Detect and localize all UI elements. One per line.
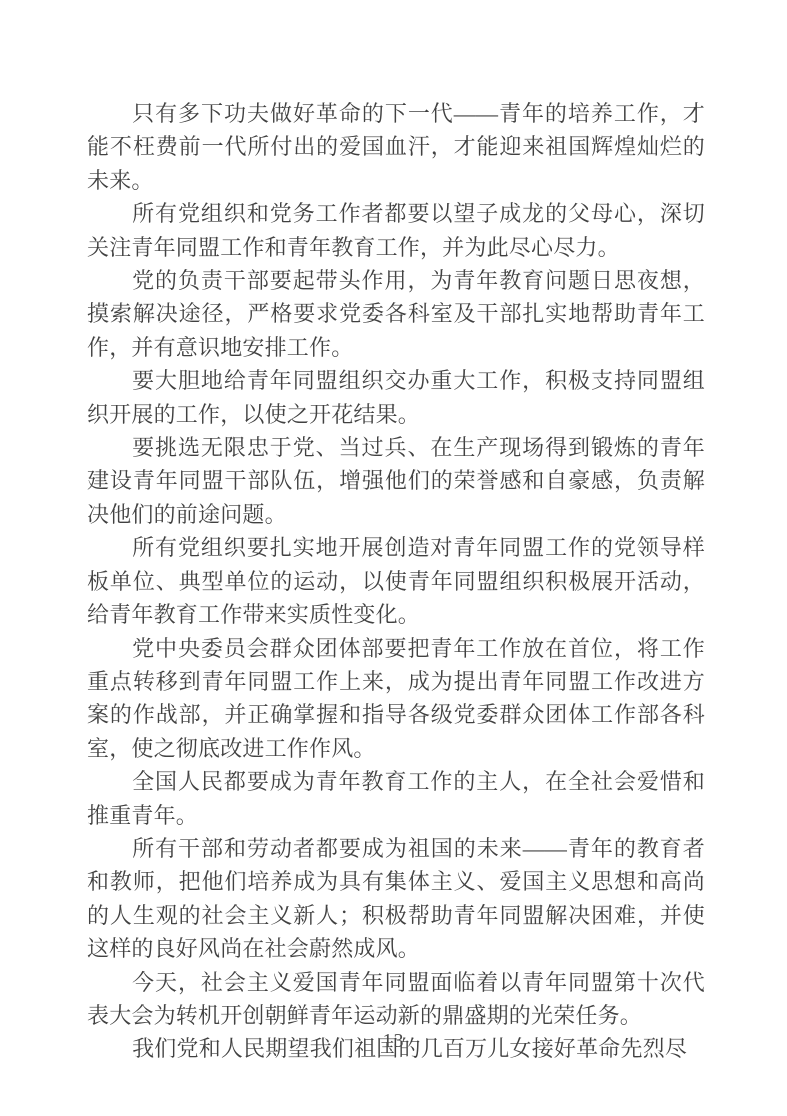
page-number: 13 bbox=[0, 1030, 787, 1053]
paragraph: 党中央委员会群众团体部要把青年工作放在首位，将工作重点转移到青年同盟工作上来，成… bbox=[87, 632, 705, 766]
paragraph: 今天，社会主义爱国青年同盟面临着以青年同盟第十次代表大会为转机开创朝鲜青年运动新… bbox=[87, 966, 705, 1033]
document-page: 只有多下功夫做好革命的下一代——青年的培养工作，才能不枉费前一代所付出的爱国血汗… bbox=[0, 0, 787, 1116]
paragraph: 所有党组织要扎实地开展创造对青年同盟工作的党领导样板单位、典型单位的运动，以使青… bbox=[87, 531, 705, 631]
paragraph: 所有干部和劳动者都要成为祖国的未来——青年的教育者和教师，把他们培养成为具有集体… bbox=[87, 832, 705, 966]
text-block: 只有多下功夫做好革命的下一代——青年的培养工作，才能不枉费前一代所付出的爱国血汗… bbox=[87, 97, 705, 1066]
paragraph: 党的负责干部要起带头作用，为青年教育问题日思夜想，摸索解决途径，严格要求党委各科… bbox=[87, 264, 705, 364]
paragraph: 全国人民都要成为青年教育工作的主人，在全社会爱惜和推重青年。 bbox=[87, 765, 705, 832]
paragraph: 所有党组织和党务工作者都要以望子成龙的父母心，深切关注青年同盟工作和青年教育工作… bbox=[87, 197, 705, 264]
paragraph: 要挑选无限忠于党、当过兵、在生产现场得到锻炼的青年建设青年同盟干部队伍，增强他们… bbox=[87, 431, 705, 531]
paragraph: 只有多下功夫做好革命的下一代——青年的培养工作，才能不枉费前一代所付出的爱国血汗… bbox=[87, 97, 705, 197]
paragraph: 要大胆地给青年同盟组织交办重大工作，积极支持同盟组织开展的工作，以使之开花结果。 bbox=[87, 364, 705, 431]
